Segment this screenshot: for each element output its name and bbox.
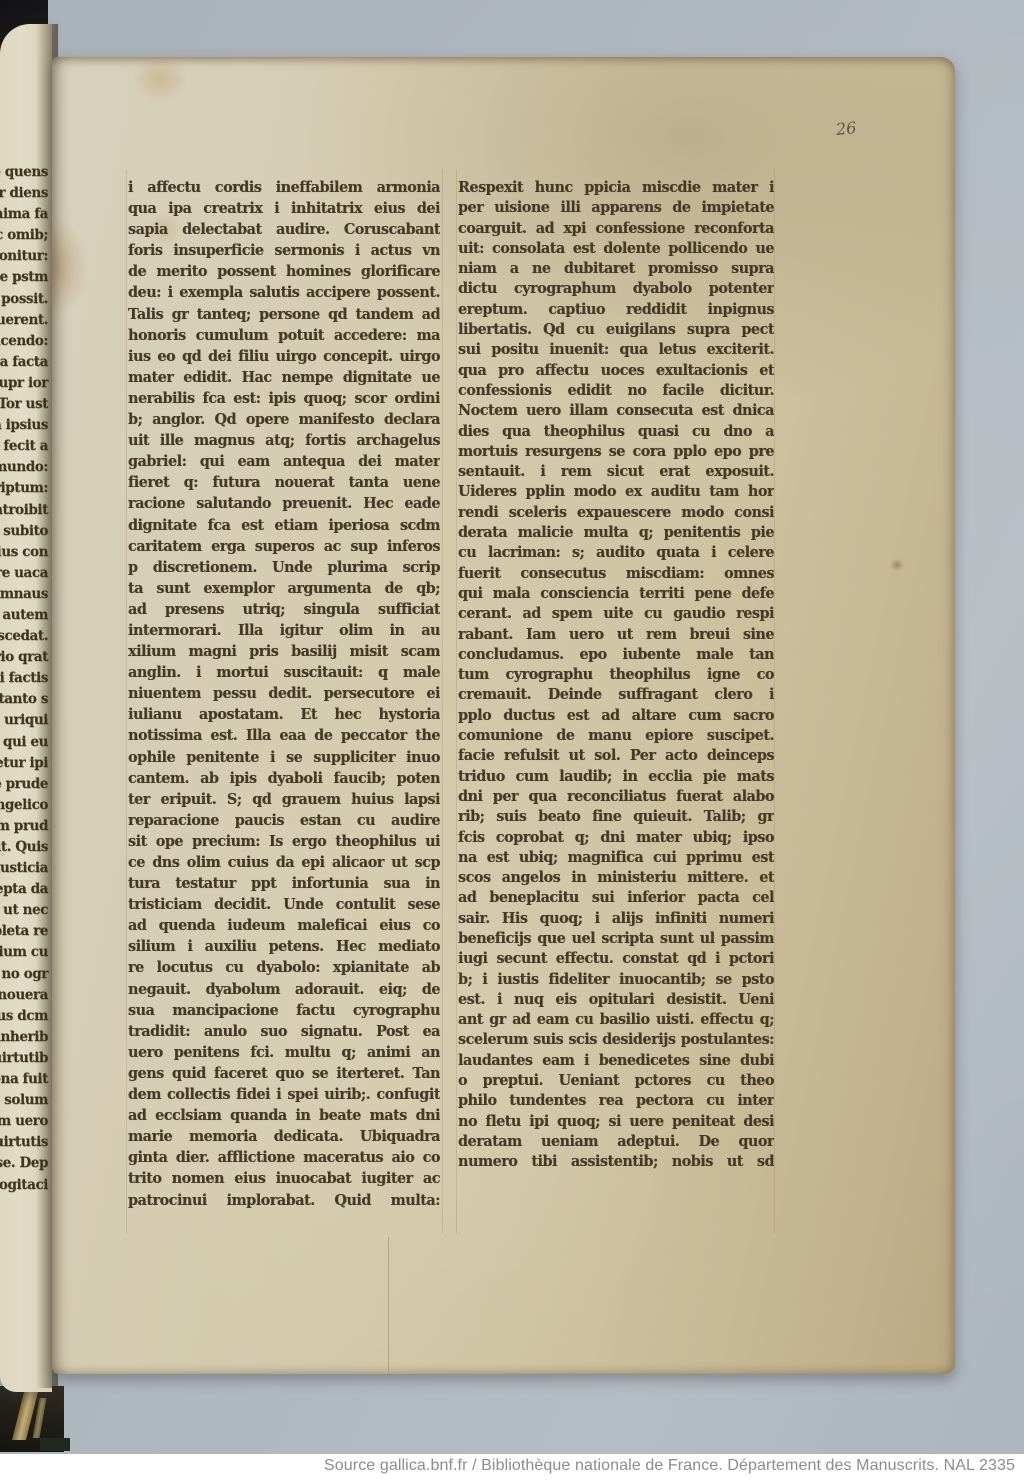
- ruling-line: [442, 169, 443, 1234]
- manuscript-line: dies qua theophilus quasi cu dno a: [458, 421, 774, 443]
- manuscript-line: cantem. ab ipis dyaboli faucib; poten: [128, 768, 440, 790]
- manuscript-line: tradidit: anulo suo signatu. Post ea: [128, 1021, 440, 1043]
- manuscript-line: negauit. dyabolum adorauit. eiq; de: [128, 979, 440, 1001]
- manuscript-line: scos angelos in ministeriu mittere. et: [458, 867, 774, 889]
- manuscript-line: dignitate fca est etiam iperiosa scdm: [128, 515, 440, 537]
- manuscript-line: rabant. Iam uero ut rem breui sine: [458, 624, 774, 646]
- manuscript-line: de merito possent homines glorificare: [128, 261, 440, 283]
- manuscript-line: notissima est. Illa eaa de peccator the: [128, 725, 440, 747]
- manuscript-line: reparacione paucis estan cu audire: [128, 810, 440, 832]
- manuscript-line: trito nomen eius inuocabat iugiter ac: [128, 1168, 440, 1190]
- manuscript-line: caritatem erga superos ac sup inferos: [128, 536, 440, 558]
- caption-text: Source gallica.bnf.fr / Bibliothèque nat…: [324, 1457, 1015, 1475]
- manuscript-line: philo tundentes rea pectora cu inter: [458, 1090, 774, 1112]
- manuscript-line: honoris cumulum potuit accedere: ma: [128, 325, 440, 347]
- text-column-right: Respexit hunc ppicia miscdie mater iper …: [458, 177, 774, 1172]
- manuscript-line: ad ecclsiam quanda in beate mats dni: [128, 1105, 440, 1127]
- manuscript-line: iugi secunt effectu. constat qd i pctori: [458, 948, 774, 970]
- manuscript-line: marie memoria dedicata. Ubiquadra: [128, 1126, 440, 1148]
- manuscript-line: iulianu apostatam. Et hec hystoria: [128, 704, 440, 726]
- manuscript-line: est. i nuq eis opitulari desistit. Ueni: [458, 989, 774, 1011]
- manuscript-line: libertatis. Qd cu euigilans supra pect: [458, 319, 774, 341]
- manuscript-line: ad quenda iudeum maleficai eius co: [128, 915, 440, 937]
- manuscript-line: ad presens utriq; singula sufficiat: [128, 599, 440, 621]
- manuscript-line: ta sunt exemplor argumenta de qb;: [128, 578, 440, 600]
- manuscript-line: confessionis edidit no facile dicitur.: [458, 380, 774, 402]
- manuscript-line: numero tibi assistentib; nobis ut sd: [458, 1151, 774, 1173]
- manuscript-line: Respexit hunc ppicia miscdie mater i: [458, 177, 774, 199]
- parchment-crease: [388, 1237, 389, 1371]
- ruling-line: [456, 169, 457, 1234]
- manuscript-line: beneficijs que uel scripta sunt ul passi…: [458, 928, 774, 950]
- manuscript-line: per uisione illi apparens de impietate: [458, 197, 774, 219]
- manuscript-line: uit: consolata est dolente pollicendo ue: [458, 238, 774, 260]
- text-column-left: i affectu cordis ineffabilem armoniaqua …: [128, 177, 440, 1211]
- manuscript-line: deratam ueniam adeptui. De quor: [458, 1131, 774, 1153]
- manuscript-line: facie refulsit ut sol. Per acto deinceps: [458, 745, 774, 767]
- manuscript-line: Noctem uero illam consecuta est dnica: [458, 400, 774, 422]
- manuscript-line: ter eripuit. S; qd grauem huius lapsi: [128, 789, 440, 811]
- manuscript-line: ad beneplacitu sui inferior pacta cel: [458, 887, 774, 909]
- manuscript-line: Talis gr tanteq; persone qd tandem ad: [128, 304, 440, 326]
- manuscript-line: ant gr ad eam cu basilio uisti. effectu …: [458, 1009, 774, 1031]
- manuscript-line: niuentem pessu dedit. persecutore ei: [128, 683, 440, 705]
- manuscript-line: sentauit. i rem sicut erat exposuit.: [458, 461, 774, 483]
- folio-number: 26: [835, 118, 857, 139]
- manuscript-line: scelerum suis scis desiderijs postulante…: [458, 1029, 774, 1051]
- manuscript-line: dictu cyrographum dyabolo potenter: [458, 278, 774, 300]
- ruling-line: [774, 169, 775, 1234]
- manuscript-line: uero penitens fci. multu q; animi an: [128, 1042, 440, 1064]
- manuscript-line: anglin. i mortui suscitauit: q male: [128, 662, 440, 684]
- manuscript-line: ereptum. captiuo reddidit inpignus: [458, 299, 774, 321]
- manuscript-line: sua mancipacione factu cyrographu: [128, 1000, 440, 1022]
- manuscript-line: o preptui. Ueniant pctores cu theo: [458, 1070, 774, 1092]
- manuscript-line: gens quid faceret quo se iterteret. Tan: [128, 1063, 440, 1085]
- manuscript-line: comunione de manu epiore suscipet.: [458, 725, 774, 747]
- manuscript-line: nerabilis fca est: ipis quoq; scor ordin…: [128, 388, 440, 410]
- manuscript-line: na est ubiq; magnifica cui pprimu est: [458, 847, 774, 869]
- binding-cloth-strip: [40, 1438, 70, 1451]
- manuscript-line: gabriel: qui eam antequa dei mater: [128, 451, 440, 473]
- manuscript-line: silium i auxiliu petens. Hec mediato: [128, 936, 440, 958]
- manuscript-line: fieret q: futura nouerat tanta uene: [128, 472, 440, 494]
- caption-bar: Source gallica.bnf.fr / Bibliothèque nat…: [0, 1454, 1024, 1483]
- manuscript-line: sair. His quoq; i alijs infiniti numeri: [458, 908, 774, 930]
- manuscript-line: uit ille magnus atq; fortis archagelus: [128, 430, 440, 452]
- manuscript-line: sui positu inuenit: qua letus exciterit.: [458, 339, 774, 361]
- manuscript-line: qua pro affectu uoces exultacionis et: [458, 360, 774, 382]
- manuscript-line: i affectu cordis ineffabilem armonia: [128, 177, 440, 199]
- manuscript-line: tum cyrographu theophilus igne co: [458, 664, 774, 686]
- manuscript-line: cremauit. Deinde suffragant clero i: [458, 684, 774, 706]
- manuscript-line: tura testatur ppt infortunia sua in: [128, 873, 440, 895]
- ruling-line: [126, 169, 127, 1234]
- manuscript-line: rendi sceleris expauescere modo consi: [458, 502, 774, 524]
- manuscript-line: re locutus cu dyabolo: xpianitate ab: [128, 957, 440, 979]
- manuscript-line: derata malicie multa q; penitentis pie: [458, 522, 774, 544]
- manuscript-line: dni per qua reconciliatus fuerat alabo: [458, 786, 774, 808]
- manuscript-line: ce dns olim cuius da epi alicaor ut scp: [128, 852, 440, 874]
- manuscript-line: patrocinui implorabat. Quid multa:: [128, 1190, 440, 1212]
- manuscript-line: racione salutando preuenit. Hec eade: [128, 493, 440, 515]
- manuscript-line: b; anglor. Qd opere manifesto declara: [128, 409, 440, 431]
- manuscript-line: dem collectis fidei i spei uirib;. confu…: [128, 1084, 440, 1106]
- manuscript-line: Uideres pplin modo ex auditu tam hor: [458, 481, 774, 503]
- manuscript-line: coarguit. ad xpi confessione reconforta: [458, 218, 774, 240]
- manuscript-line: p discretionem. Unde plurima scrip: [128, 557, 440, 579]
- manuscript-line: qui mala consciencia territi pene defe: [458, 583, 774, 605]
- manuscript-line: fuerit consecutus miscdiam: omnes: [458, 563, 774, 585]
- manuscript-line: cerant. ad spem uite cu gaudio respi: [458, 603, 774, 625]
- manuscript-line: niam a ne dubitaret promisso supra: [458, 258, 774, 280]
- manuscript-line: deu: i exempla salutis accipere possent.: [128, 282, 440, 304]
- manuscript-line: laudantes eam i benedicetes sine dubi: [458, 1050, 774, 1072]
- manuscript-line: ginta dier. afflictione maceratus aio co: [128, 1147, 440, 1169]
- manuscript-line: sit ope precium: Is ergo theophilus ui: [128, 831, 440, 853]
- manuscript-line: intermorari. Illa igitur olim in au: [128, 620, 440, 642]
- manuscript-line: mater edidit. Hac nempe dignitate ue: [128, 367, 440, 389]
- manuscript-line: rib; suis beato fine quieuit. Talib; gr: [458, 806, 774, 828]
- manuscript-line: pplo ductus est ad altare cum sacro scam: [458, 705, 774, 727]
- manuscript-line: xilium magni pris basilij misit scam: [128, 641, 440, 663]
- manuscript-line: fcis coprobat q; dni mater ubiq; ipso: [458, 827, 774, 849]
- manuscript-line: foris insuperficie sermonis i actus vn: [128, 240, 440, 262]
- manuscript-line: qua ipa creatrix i inhitatrix eius dei: [128, 198, 440, 220]
- manuscript-page: 26 i affectu cordis ineffabilem armoniaq…: [52, 57, 955, 1374]
- manuscript-line: no fletu ipi quoq; si uere peniteat desi: [458, 1111, 774, 1133]
- manuscript-line: ophile penitente i se suppliciter inuo: [128, 747, 440, 769]
- manuscript-line: tristiciam decidit. Unde contulit sese: [128, 894, 440, 916]
- manuscript-line: b; i iustis fideliter inuocantib; se pst…: [458, 969, 774, 991]
- manuscript-line: mortuis resurgens se cora pplo epo pre: [458, 441, 774, 463]
- manuscript-line: sapia delectabat audire. Coruscabant: [128, 219, 440, 241]
- manuscript-line: concludamus. epo iubente male tan: [458, 644, 774, 666]
- manuscript-line: cu lacriman: s; audito quata i celere: [458, 542, 774, 564]
- manuscript-line: triduo cum laudib; in ecclia pie mats: [458, 766, 774, 788]
- manuscript-line: ius eo qd dei filiu uirgo concepit. uirg…: [128, 346, 440, 368]
